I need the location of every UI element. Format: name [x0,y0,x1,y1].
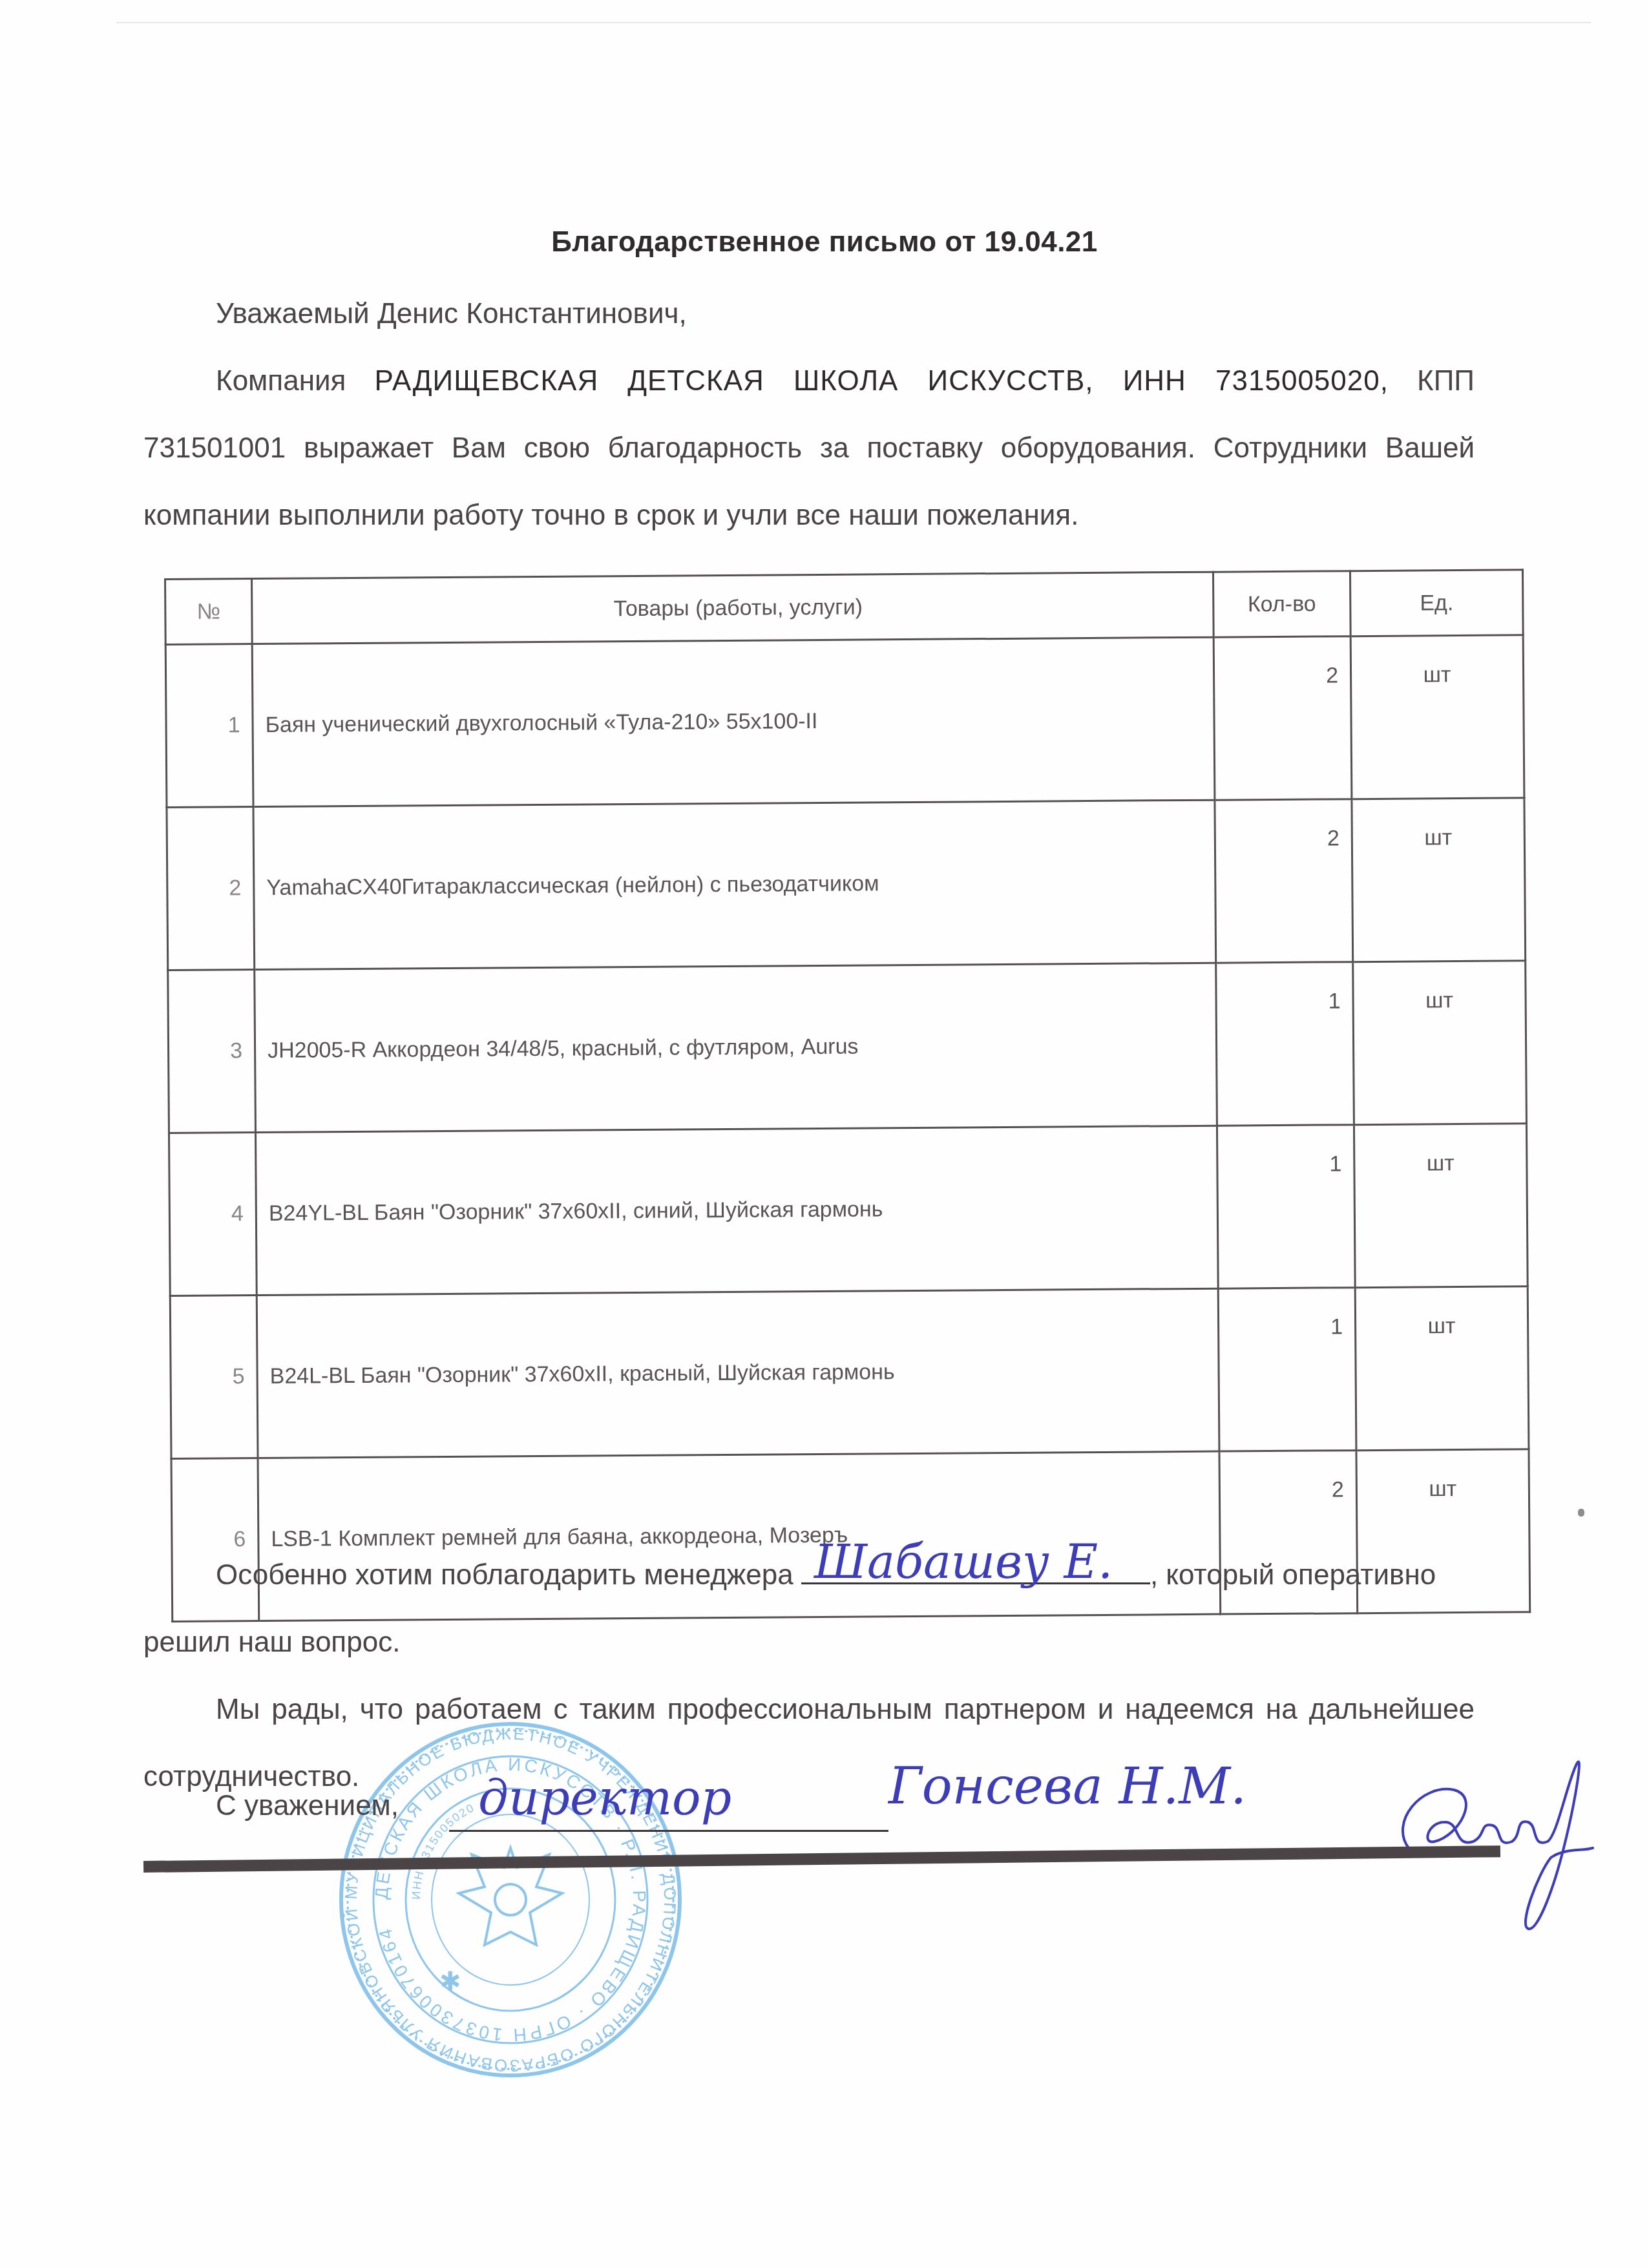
scanned-letter-page: Благодарственное письмо от 19.04.21 Уваж… [0,0,1649,2268]
header-quantity: Кол-во [1213,571,1350,637]
table-row: 1Баян ученический двухголосный «Тула-210… [165,635,1524,808]
row-unit: шт [1353,961,1527,1125]
table-row: 4B24YL-BL Баян "Озорник" 37х60хII, синий… [169,1124,1528,1296]
row-quantity: 1 [1217,1125,1355,1288]
director-role-handwritten: директор [478,1770,731,1826]
table-row: 5B24L-BL Баян "Озорник" 37х60хII, красны… [170,1286,1529,1459]
row-number: 2 [167,807,255,971]
row-quantity: 2 [1213,636,1352,800]
header-number: № [165,579,253,645]
row-goods-name: B24YL-BL Баян "Озорник" 37х60хII, синий,… [255,1126,1218,1295]
row-goods-name: JH2005-R Аккордеон 34/48/5, красный, с ф… [255,963,1217,1132]
row-number: 1 [165,644,253,808]
thanks-paragraph: Особенно хотим поблагодарить менеджера Ш… [143,1542,1475,1676]
manager-blank: Шабашву Е. [801,1550,1150,1584]
manager-handwritten: Шабашву Е. [814,1538,1113,1585]
row-unit: шт [1355,1286,1529,1451]
table-row: 2YamahaCX40Гитараклассическая (нейлон) с… [167,798,1526,971]
table-header-row: № Товары (работы, услуги) Кол-во Ед. [165,570,1524,645]
scan-speck [1578,1509,1584,1517]
row-number: 5 [170,1296,258,1459]
director-name-handwritten: Гонсева Н.М. [888,1758,1246,1816]
items-table: № Товары (работы, услуги) Кол-во Ед. 1Ба… [164,569,1531,1622]
intro-lead: Компания [216,365,375,397]
intro-paragraph: Компания РАДИЩЕВСКАЯ ДЕТСКАЯ ШКОЛА ИСКУС… [143,348,1475,549]
row-goods-name: Баян ученический двухголосный «Тула-210»… [252,637,1215,806]
row-goods-name: YamahaCX40Гитараклассическая (нейлон) с … [253,800,1216,969]
row-goods-name: B24L-BL Баян "Озорник" 37х60хII, красный… [257,1288,1219,1458]
regards-text: С уважением, [216,1790,399,1822]
row-quantity: 1 [1216,962,1354,1126]
row-unit: шт [1354,1124,1528,1288]
letter-title: Благодарственное письмо от 19.04.21 [0,226,1649,258]
signature-underline [449,1830,888,1832]
company-name: РАДИЩЕВСКАЯ ДЕТСКАЯ ШКОЛА ИСКУССТВ, ИНН … [375,365,1389,397]
thanks-before: Особенно хотим поблагодарить менеджера [216,1559,801,1591]
star-icon: ✱ [439,1968,461,1996]
header-goods: Товары (работы, услуги) [252,572,1214,644]
row-unit: шт [1350,635,1524,799]
signature-scrawl [1383,1745,1596,1938]
row-quantity: 2 [1215,799,1353,963]
table-row: 3JH2005-R Аккордеон 34/48/5, красный, с … [168,961,1527,1133]
row-number: 4 [169,1133,257,1296]
scan-edge-line [116,22,1591,23]
row-number: 3 [168,970,256,1133]
greeting-text: Уважаемый Денис Константинович, [216,298,687,330]
row-unit: шт [1352,798,1526,962]
header-unit: Ед. [1350,570,1523,636]
row-quantity: 1 [1218,1288,1356,1451]
greeting: Уважаемый Денис Константинович, [143,280,1475,348]
